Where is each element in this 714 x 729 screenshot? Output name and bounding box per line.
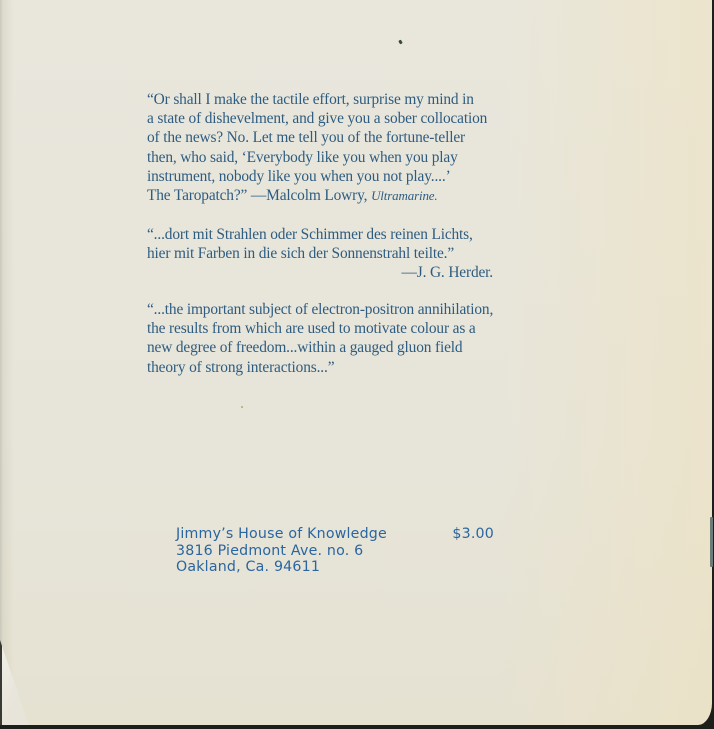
quote-line: instrument, nobody like you when you not… [147,167,493,186]
quote-physics: “...the important subject of electron-po… [147,300,493,377]
quote-line: “...the important subject of electron-po… [147,300,493,319]
page-left-shadow [0,0,3,729]
quote-last-line-row: The Taropatch?” —Malcolm Lowry, Ultramar… [147,186,493,205]
quote-herder: “...dort mit Strahlen oder Schimmer des … [147,225,493,283]
quote-line: theory of strong interactions...” [147,358,493,377]
publisher-block: Jimmy’s House of Knowledge 3816 Piedmont… [176,526,494,576]
quote-work-title: Ultramarine. [371,188,437,203]
quote-line: then, who said, ‘Everybody like you when… [147,148,493,167]
paper-speck [398,40,403,45]
price-label: $3.00 [452,526,494,543]
quote-line: hier mit Farben in die sich der Sonnenst… [147,244,493,263]
paper-speck [241,406,243,408]
quote-line: new degree of freedom...within a gauged … [147,338,493,357]
quote-line: “...dort mit Strahlen oder Schimmer des … [147,225,493,244]
book-page: “Or shall I make the tactile effort, sur… [0,0,712,725]
quote-author: —J. G. Herder. [147,263,493,282]
quote-line: of the news? No. Let me tell you of the … [147,128,493,147]
publisher-address-line1: 3816 Piedmont Ave. no. 6 [176,543,494,560]
quote-attribution: —Malcolm Lowry, Ultramarine. [251,187,440,204]
quote-line: “Or shall I make the tactile effort, sur… [147,90,493,109]
quote-line: the results from which are used to motiv… [147,319,493,338]
page-bottom-edge [0,725,714,729]
publisher-address-line2: Oakland, Ca. 94611 [176,559,494,576]
quote-line: a state of dishevelment, and give you a … [147,109,493,128]
quote-lowry: “Or shall I make the tactile effort, sur… [147,90,493,205]
quote-line: The Taropatch?” [147,187,247,204]
publisher-name: Jimmy’s House of Knowledge [176,526,494,543]
binding-mark [710,517,713,567]
quote-author: —Malcolm Lowry, [251,187,367,204]
